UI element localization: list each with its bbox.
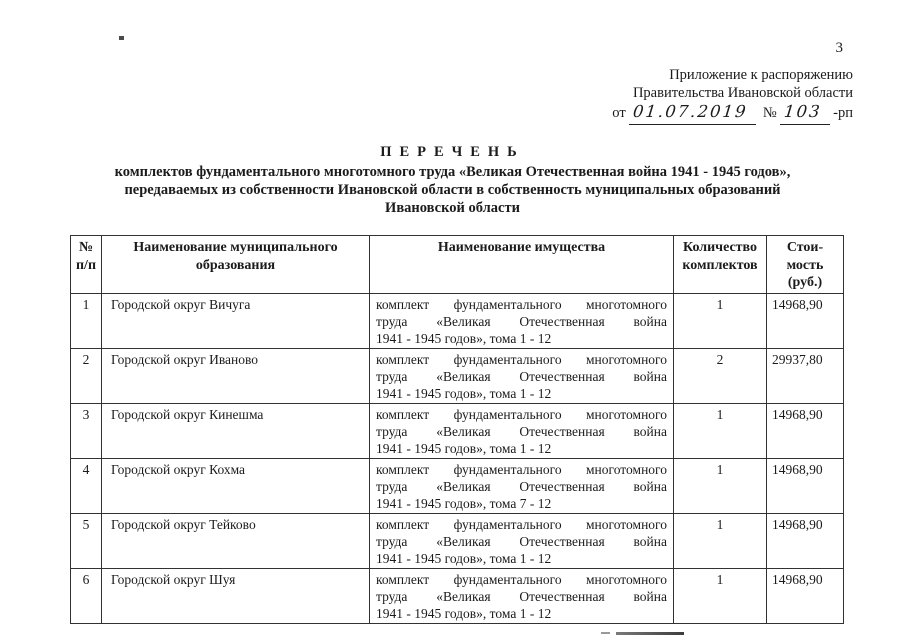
quantity-value: 1	[674, 403, 767, 458]
property-line: комплект фундаментального многотомного	[376, 296, 667, 313]
column-header-line: №	[75, 239, 97, 257]
document-page: 3 Приложение к распоряжению Правительств…	[0, 0, 905, 640]
table-header-row: №п/пНаименование муниципальногообразован…	[71, 236, 844, 294]
cost-value: 29937,80	[767, 348, 844, 403]
property-description: комплект фундаментального многотомноготр…	[370, 293, 674, 348]
number-sign: №	[763, 105, 777, 121]
title-block: ПЕРЕЧЕНЬ комплектов фундаментального мно…	[0, 143, 905, 217]
appendix-line2: Правительства Ивановской области	[612, 85, 853, 103]
property-line: труда «Великая Отечественная война	[376, 533, 667, 550]
property-line: 1941 - 1945 годов», тома 1 - 12	[376, 605, 667, 622]
property-line: труда «Великая Отечественная война	[376, 313, 667, 330]
row-number: 5	[71, 513, 102, 568]
row-number: 3	[71, 403, 102, 458]
column-header-line: п/п	[75, 257, 97, 275]
cost-value: 14968,90	[767, 513, 844, 568]
table-row: 4Городской округ Кохмакомплект фундамент…	[71, 458, 844, 513]
quantity-value: 1	[674, 293, 767, 348]
table-row: 5Городской округ Тейковокомплект фундаме…	[71, 513, 844, 568]
page-number: 3	[836, 40, 844, 57]
cost-value: 14968,90	[767, 568, 844, 623]
quantity-value: 2	[674, 348, 767, 403]
handwritten-date: 01.07.2019	[632, 105, 748, 119]
property-description: комплект фундаментального многотомноготр…	[370, 458, 674, 513]
table-row: 3Городской округ Кинешмакомплект фундаме…	[71, 403, 844, 458]
column-header-line: комплектов	[678, 257, 762, 275]
property-line: 1941 - 1945 годов», тома 1 - 12	[376, 385, 667, 402]
property-line: 1941 - 1945 годов», тома 1 - 12	[376, 330, 667, 347]
transfer-table: №п/пНаименование муниципальногообразован…	[70, 235, 844, 624]
property-line: труда «Великая Отечественная война	[376, 368, 667, 385]
property-line: комплект фундаментального многотомного	[376, 351, 667, 368]
property-line: труда «Великая Отечественная война	[376, 423, 667, 440]
column-header-line: Стои-	[771, 239, 839, 257]
cost-value: 14968,90	[767, 458, 844, 513]
quantity-value: 1	[674, 568, 767, 623]
table-header: №п/пНаименование муниципальногообразован…	[71, 236, 844, 294]
column-header-municipality: Наименование муниципальногообразования	[102, 236, 370, 294]
property-line: комплект фундаментального многотомного	[376, 461, 667, 478]
title-subline-3: Ивановской области	[0, 199, 905, 217]
property-line: комплект фундаментального многотомного	[376, 516, 667, 533]
column-header-property: Наименование имущества	[370, 236, 674, 294]
appendix-date-line: от01.07.2019 №103-рп	[612, 105, 853, 125]
table-row: 1Городской округ Вичугакомплект фундамен…	[71, 293, 844, 348]
quantity-value: 1	[674, 458, 767, 513]
column-header-line: образования	[106, 257, 365, 275]
scan-artifact-line-short	[601, 632, 610, 634]
quantity-value: 1	[674, 513, 767, 568]
row-number: 6	[71, 568, 102, 623]
property-description: комплект фундаментального многотомноготр…	[370, 568, 674, 623]
municipality-name: Городской округ Шуя	[102, 568, 370, 623]
appendix-line1: Приложение к распоряжению	[612, 67, 853, 85]
municipality-name: Городской округ Кохма	[102, 458, 370, 513]
property-line: 1941 - 1945 годов», тома 1 - 12	[376, 550, 667, 567]
column-header-line: Наименование муниципального	[106, 239, 365, 257]
cost-value: 14968,90	[767, 403, 844, 458]
property-description: комплект фундаментального многотомноготр…	[370, 348, 674, 403]
property-line: комплект фундаментального многотомного	[376, 571, 667, 588]
row-number: 1	[71, 293, 102, 348]
municipality-name: Городской округ Иваново	[102, 348, 370, 403]
property-line: труда «Великая Отечественная война	[376, 588, 667, 605]
document-title: ПЕРЕЧЕНЬ	[0, 143, 905, 161]
property-line: комплект фундаментального многотомного	[376, 406, 667, 423]
handwritten-number: 103	[783, 105, 822, 119]
property-description: комплект фундаментального многотомноготр…	[370, 403, 674, 458]
title-subline-1: комплектов фундаментального многотомного…	[0, 163, 905, 181]
number-suffix: -рп	[833, 105, 853, 121]
column-header-line: Наименование имущества	[374, 239, 669, 257]
row-number: 4	[71, 458, 102, 513]
scan-artifact-dot	[119, 36, 124, 40]
property-line: труда «Великая Отечественная война	[376, 478, 667, 495]
table-row: 2Городской округ Ивановокомплект фундаме…	[71, 348, 844, 403]
municipality-name: Городской округ Кинешма	[102, 403, 370, 458]
appendix-header: Приложение к распоряжению Правительства …	[612, 67, 853, 125]
column-header-line: (руб.)	[771, 274, 839, 292]
column-header-cost: Стои-мость(руб.)	[767, 236, 844, 294]
cost-value: 14968,90	[767, 293, 844, 348]
municipality-name: Городской округ Тейково	[102, 513, 370, 568]
property-description: комплект фундаментального многотомноготр…	[370, 513, 674, 568]
table-body: 1Городской округ Вичугакомплект фундамен…	[71, 293, 844, 623]
municipality-name: Городской округ Вичуга	[102, 293, 370, 348]
date-prefix: от	[612, 105, 625, 121]
column-header-line: мость	[771, 257, 839, 275]
property-line: 1941 - 1945 годов», тома 7 - 12	[376, 495, 667, 512]
title-subline-2: передаваемых из собственности Ивановской…	[0, 181, 905, 199]
table-row: 6Городской округ Шуякомплект фундаментал…	[71, 568, 844, 623]
property-line: 1941 - 1945 годов», тома 1 - 12	[376, 440, 667, 457]
row-number: 2	[71, 348, 102, 403]
column-header-num: №п/п	[71, 236, 102, 294]
column-header-quantity: Количествокомплектов	[674, 236, 767, 294]
scan-artifact-line-long	[616, 632, 684, 635]
column-header-line: Количество	[678, 239, 762, 257]
